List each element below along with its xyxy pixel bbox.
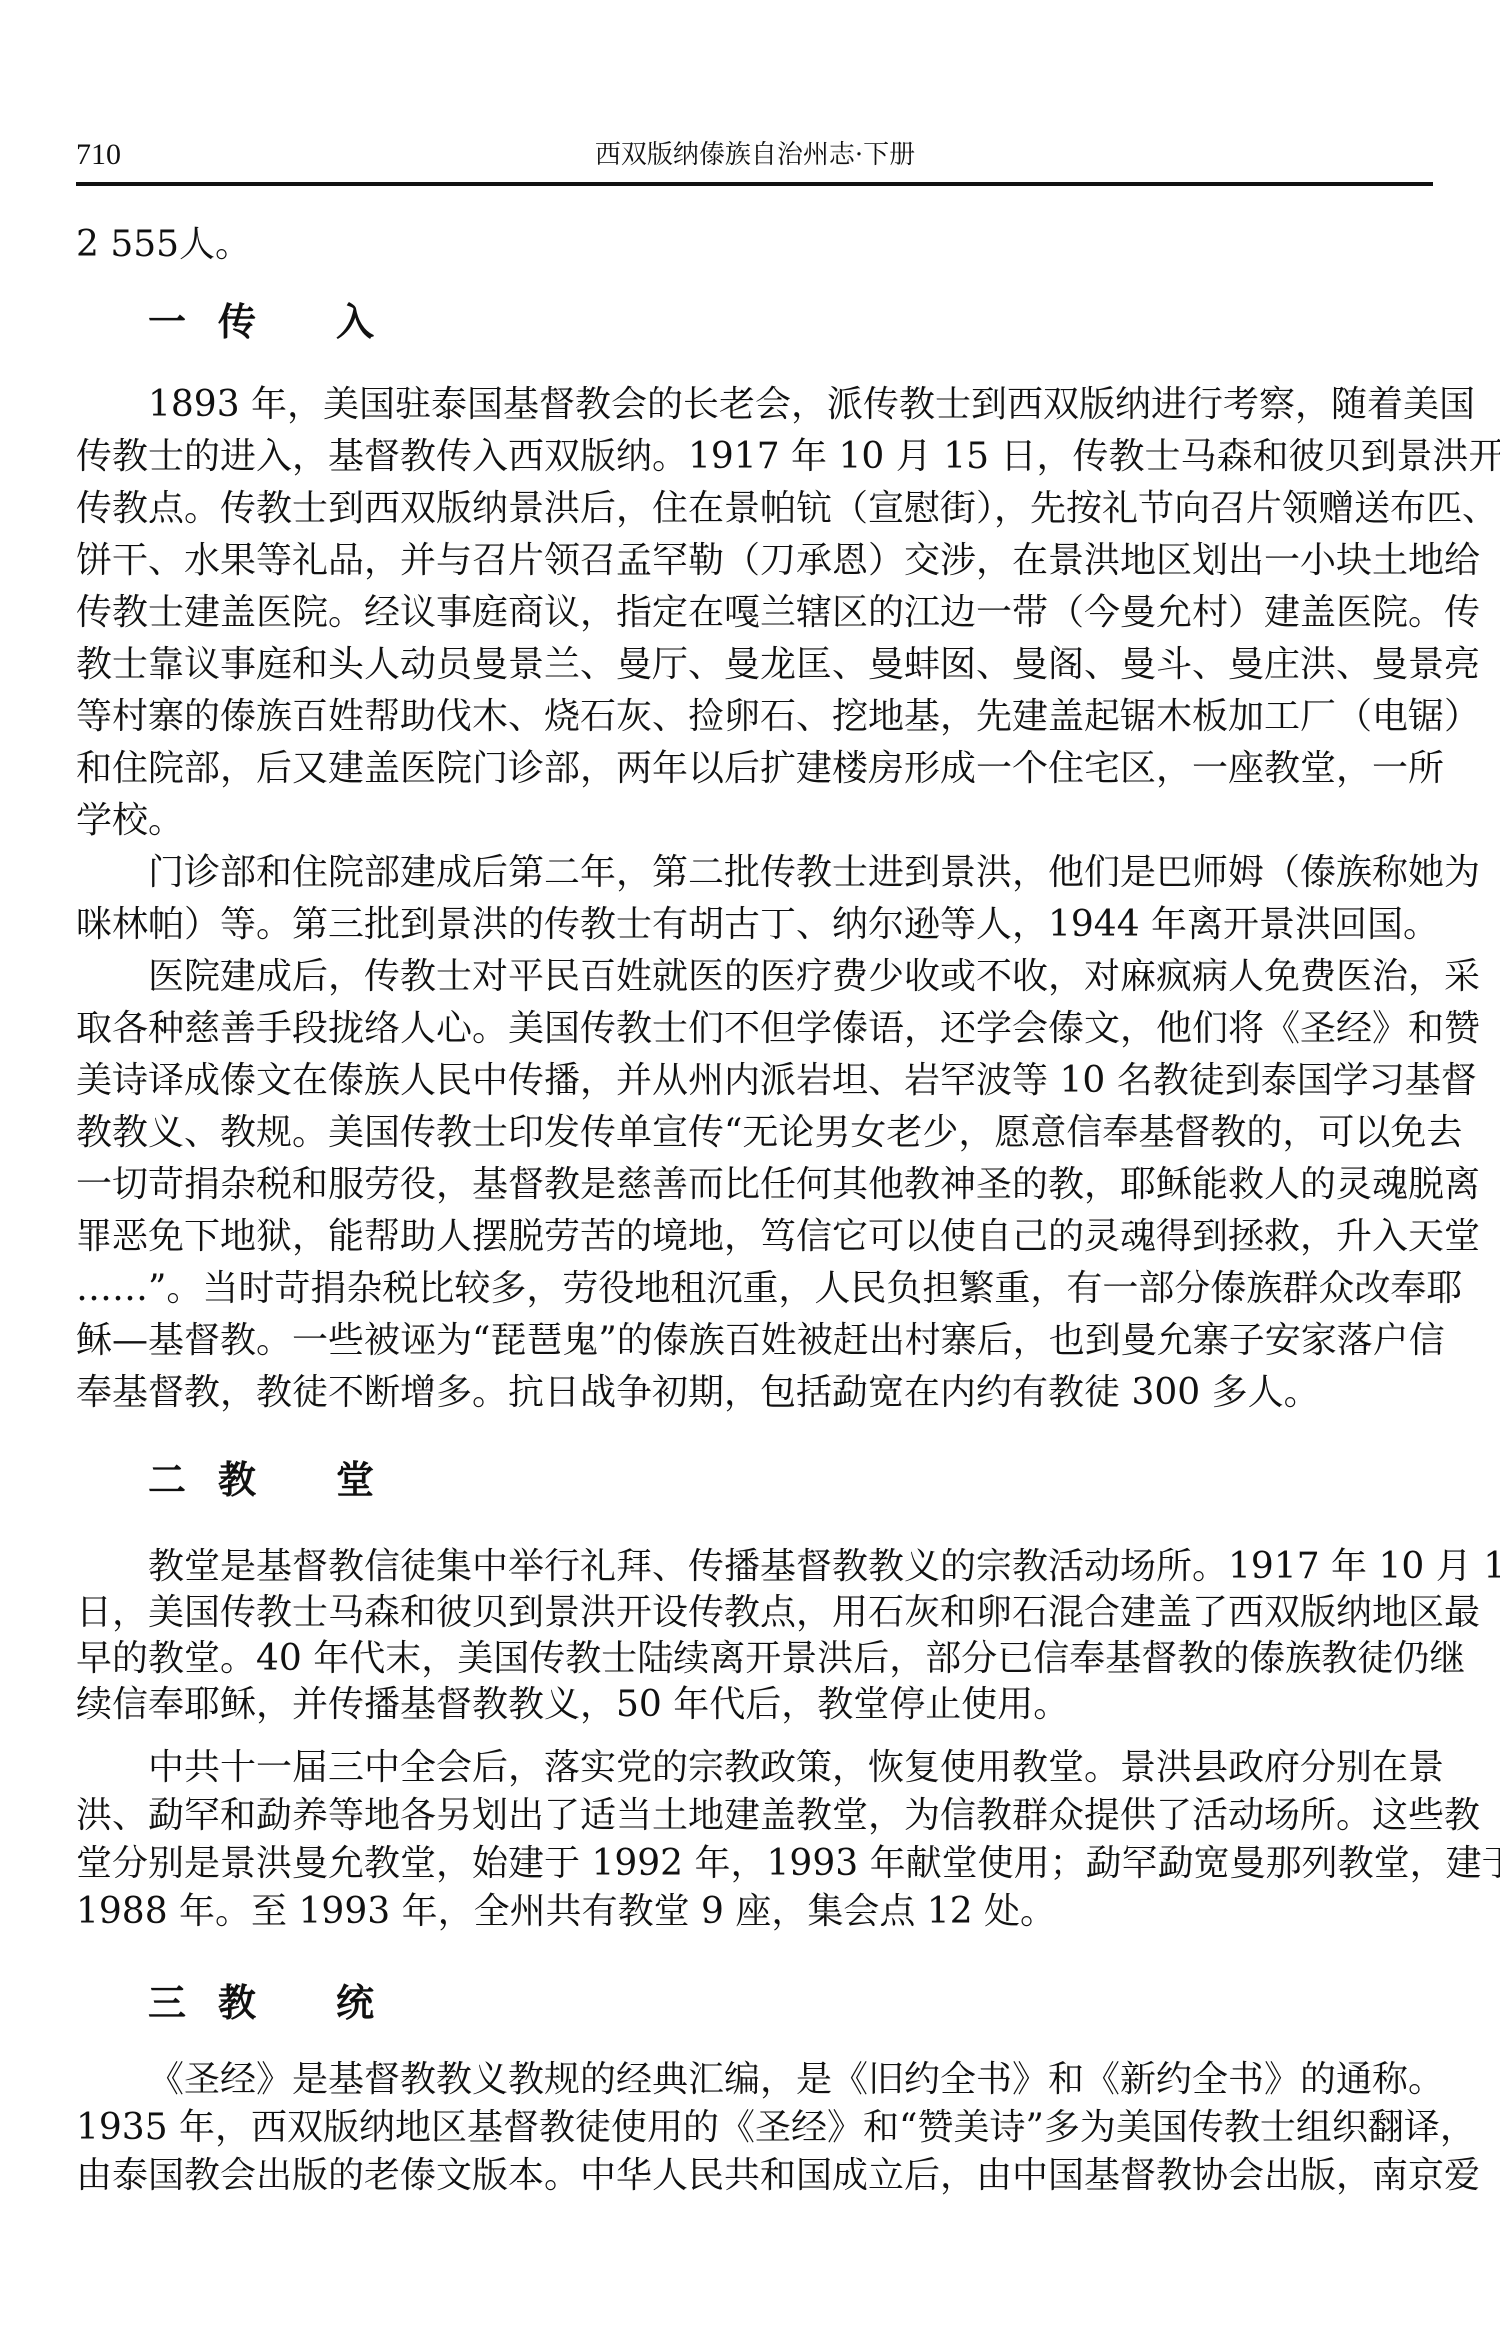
text-line: 奉基督教，教徒不断增多。抗日战争初期，包括勐宽在内约有教徒 300 多人。 <box>76 1367 1430 1419</box>
heading-char: 入 <box>336 296 374 348</box>
text-line: 传教士建盖医院。经议事庭商议，指定在嘎兰辖区的江边一带（今曼允村）建盖医院。传 <box>76 587 1430 639</box>
text-line: 罪恶免下地狱，能帮助人摆脱劳苦的境地，笃信它可以使自己的灵魂得到拯救，升入天堂 <box>76 1211 1430 1263</box>
text-line: 美诗译成傣文在傣族人民中传播，并从州内派岩坦、岩罕波等 10 名教徒到泰国学习基… <box>76 1055 1430 1107</box>
paragraph-4: 教堂是基督教信徒集中举行礼拜、传播基督教教义的宗教活动场所。1917 年 10 … <box>76 1544 1430 1728</box>
page-number: 710 <box>76 136 121 174</box>
text-line: 等村寨的傣族百姓帮助伐木、烧石灰、捡卵石、挖地基，先建盖起锯木板加工厂（电锯） <box>76 691 1430 743</box>
paragraph-1: 1893 年，美国驻泰国基督教会的长老会，派传教士到西双版纳进行考察，随着美国传… <box>76 379 1430 847</box>
heading-char: 教 <box>218 1454 256 1506</box>
text-line: 日，美国传教士马森和彼贝到景洪开设传教点，用石灰和卵石混合建盖了西双版纳地区最 <box>76 1590 1430 1636</box>
text-line: 一切苛捐杂税和服劳役，基督教是慈善而比任何其他教神圣的教，耶稣能救人的灵魂脱离 <box>76 1159 1430 1211</box>
text-line: 和住院部，后又建盖医院门诊部，两年以后扩建楼房形成一个住宅区，一座教堂，一所 <box>76 743 1430 795</box>
text-line: 取各种慈善手段拢络人心。美国传教士们不但学傣语，还学会傣文，他们将《圣经》和赞 <box>76 1003 1430 1055</box>
header-rule <box>76 182 1433 186</box>
carryover-text: 2 555人。 <box>76 219 1430 271</box>
text-line: 咪林帕）等。第三批到景洪的传教士有胡古丁、纳尔逊等人，1944 年离开景洪回国。 <box>76 899 1430 951</box>
text-line: 1988 年。至 1993 年，全州共有教堂 9 座，集会点 12 处。 <box>76 1888 1430 1936</box>
text-line: 2 555人。 <box>76 219 1430 271</box>
text-line: 教教义、教规。美国传教士印发传单宣传“无论男女老少，愿意信奉基督教的，可以免去 <box>76 1107 1430 1159</box>
heading-number: 一 <box>148 296 186 348</box>
heading-char: 统 <box>336 1977 374 2029</box>
heading-char: 传 <box>218 296 256 348</box>
text-line: 教堂是基督教信徒集中举行礼拜、传播基督教教义的宗教活动场所。1917 年 10 … <box>76 1544 1430 1590</box>
heading-char: 教 <box>218 1977 256 2029</box>
text-line: 续信奉耶稣，并传播基督教教义，50 年代后，教堂停止使用。 <box>76 1682 1430 1728</box>
running-title: 西双版纳傣族自治州志·下册 <box>572 136 938 174</box>
heading-char: 堂 <box>336 1454 374 1506</box>
text-line: 传教士的进入，基督教传入西双版纳。1917 年 10 月 15 日，传教士马森和… <box>76 431 1430 483</box>
paragraph-6: 《圣经》是基督教教义教规的经典汇编，是《旧约全书》和《新约全书》的通称。1935… <box>76 2056 1430 2200</box>
heading-number: 二 <box>148 1454 186 1506</box>
text-line: 稣—基督教。一些被诬为“琵琶鬼”的傣族百姓被赶出村寨后，也到曼允寨子安家落户信 <box>76 1315 1430 1367</box>
text-line: ……”。当时苛捐杂税比较多，劳役地租沉重，人民负担繁重，有一部分傣族群众改奉耶 <box>76 1263 1430 1315</box>
paragraph-5: 中共十一届三中全会后，落实党的宗教政策，恢复使用教堂。景洪县政府分别在景洪、勐罕… <box>76 1744 1430 1936</box>
text-line: 饼干、水果等礼品，并与召片领召孟罕勒（刀承恩）交涉，在景洪地区划出一小块土地给 <box>76 535 1430 587</box>
text-line: 医院建成后，传教士对平民百姓就医的医疗费少收或不收，对麻疯病人免费医治，采 <box>76 951 1430 1003</box>
text-line: 1935 年，西双版纳地区基督教徒使用的《圣经》和“赞美诗”多为美国传教士组织翻… <box>76 2104 1430 2152</box>
text-line: 《圣经》是基督教教义教规的经典汇编，是《旧约全书》和《新约全书》的通称。 <box>76 2056 1430 2104</box>
paragraph-3: 医院建成后，传教士对平民百姓就医的医疗费少收或不收，对麻疯病人免费医治，采取各种… <box>76 951 1430 1419</box>
text-line: 早的教堂。40 年代末，美国传教士陆续离开景洪后，部分已信奉基督教的傣族教徒仍继 <box>76 1636 1430 1682</box>
paragraph-2: 门诊部和住院部建成后第二年，第二批传教士进到景洪，他们是巴师姆（傣族称她为咪林帕… <box>76 847 1430 951</box>
text-line: 学校。 <box>76 795 1430 847</box>
text-line: 洪、勐罕和勐养等地各另划出了适当土地建盖教堂，为信教群众提供了活动场所。这些教 <box>76 1792 1430 1840</box>
text-line: 教士靠议事庭和头人动员曼景兰、曼厅、曼龙匡、曼蚌囡、曼阁、曼斗、曼庄洪、曼景亮 <box>76 639 1430 691</box>
text-line: 由泰国教会出版的老傣文版本。中华人民共和国成立后，由中国基督教协会出版，南京爱 <box>76 2152 1430 2200</box>
text-line: 门诊部和住院部建成后第二年，第二批传教士进到景洪，他们是巴师姆（傣族称她为 <box>76 847 1430 899</box>
text-line: 1893 年，美国驻泰国基督教会的长老会，派传教士到西双版纳进行考察，随着美国 <box>76 379 1430 431</box>
heading-number: 三 <box>148 1977 186 2029</box>
text-line: 传教点。传教士到西双版纳景洪后，住在景帕钪（宣慰街），先按礼节向召片领赠送布匹、 <box>76 483 1430 535</box>
text-line: 堂分别是景洪曼允教堂，始建于 1992 年，1993 年献堂使用；勐罕勐宽曼那列… <box>76 1840 1430 1888</box>
text-line: 中共十一届三中全会后，落实党的宗教政策，恢复使用教堂。景洪县政府分别在景 <box>76 1744 1430 1792</box>
